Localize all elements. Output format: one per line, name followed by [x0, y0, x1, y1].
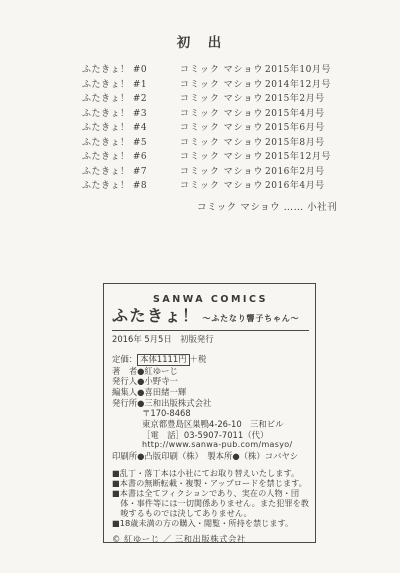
work-title: ふたきょ！ #1 [82, 78, 180, 93]
magazine-name: コミック マショウ [180, 136, 265, 151]
address-block: 〒170-8468 東京都豊島区巣鴨4-26-10 三和ビル ［電 話］03-5… [112, 408, 309, 451]
magazine-name: コミック マショウ [180, 150, 265, 165]
price-tax-suffix: ＋税 [190, 354, 207, 364]
website-url-line: http://www.sanwa-pub.com/masyo/ [142, 440, 309, 451]
magazine-name: コミック マショウ [180, 92, 265, 107]
publication-row: ふたきょ！ #4 コミック マショウ 2015年6月号 [82, 121, 331, 136]
issue-date: 2016年4月号 [265, 179, 325, 194]
first-publication-list: ふたきょ！ #0 コミック マショウ 2015年10月号 ふたきょ！ #1 コミ… [82, 63, 331, 194]
work-title: ふたきょ！ #4 [82, 121, 180, 136]
book-title-line: ふたきょ！～ふたなり響子ちゃん～ [112, 307, 309, 328]
credits-block: 著 者●紅ゆーじ 発行人●小野寺一 編集人●喜田緒一輝 発行所●三和出版株式会社 [112, 366, 309, 409]
book-title: ふたきょ！ [112, 306, 200, 325]
issue-date: 2015年6月号 [265, 121, 325, 136]
work-title: ふたきょ！ #5 [82, 136, 180, 151]
publication-row: ふたきょ！ #3 コミック マショウ 2015年4月号 [82, 107, 331, 122]
magazine-name: コミック マショウ [180, 107, 265, 122]
author-credit-line: 著 者●紅ゆーじ [112, 366, 309, 377]
issue-date: 2015年4月号 [265, 107, 325, 122]
printer-binder-line: 印刷所●凸版印刷（株） 製本所●（株）コバヤシ [112, 451, 309, 462]
issue-date: 2015年10月号 [265, 63, 331, 78]
magazine-name: コミック マショウ [180, 179, 265, 194]
magazine-name: コミック マショウ [180, 165, 265, 180]
issue-date: 2015年8月号 [265, 136, 325, 151]
price-label: 定価： [112, 354, 137, 364]
notice-line: ■乱丁・落丁本は小社にてお取り替えいたします。 [112, 468, 309, 478]
notice-line: ■本書の無断転載・複製・アップロードを禁じます。 [112, 478, 309, 488]
title-divider [112, 330, 309, 331]
issue-date: 2015年2月号 [265, 92, 325, 107]
work-title: ふたきょ！ #7 [82, 165, 180, 180]
first-publication-heading: 初 出 [0, 31, 400, 51]
publication-row: ふたきょ！ #6 コミック マショウ 2015年12月号 [82, 150, 331, 165]
magazine-name: コミック マショウ [180, 78, 265, 93]
publication-row: ふたきょ！ #8 コミック マショウ 2016年4月号 [82, 179, 331, 194]
publication-row: ふたきょ！ #1 コミック マショウ 2014年12月号 [82, 78, 331, 93]
phone-line: ［電 話］03-5907-7011（代） [142, 430, 309, 441]
work-title: ふたきょ！ #0 [82, 63, 180, 78]
magazine-name: コミック マショウ [180, 63, 265, 78]
publication-row: ふたきょ！ #0 コミック マショウ 2015年10月号 [82, 63, 331, 78]
notice-line: ■本書は全てフィクションであり、実在の人物・団体・事件等には一切関係ありません。… [112, 488, 309, 518]
work-title: ふたきょ！ #2 [82, 92, 180, 107]
publication-row: ふたきょ！ #7 コミック マショウ 2016年2月号 [82, 165, 331, 180]
price-value: 本体1111円 [137, 354, 189, 366]
issue-date: 2015年12月号 [265, 150, 331, 165]
publisher-credit-line: 発行人●小野寺一 [112, 376, 309, 387]
publication-row: ふたきょ！ #2 コミック マショウ 2015年2月号 [82, 92, 331, 107]
price-line: 定価：本体1111円＋税 [112, 354, 309, 366]
publisher-note: コミック マショウ …… 小社刊 [197, 199, 337, 213]
book-colophon-page: 初 出 ふたきょ！ #0 コミック マショウ 2015年10月号 ふたきょ！ #… [0, 0, 400, 573]
magazine-name: コミック マショウ [180, 121, 265, 136]
imprint-credit-line: 発行所●三和出版株式会社 [112, 398, 309, 409]
issue-date: 2016年2月号 [265, 165, 325, 180]
notice-line: ■18歳未満の方の購入・閲覧・所持を禁じます。 [112, 518, 309, 528]
editor-credit-line: 編集人●喜田緒一輝 [112, 387, 309, 398]
address-line: 東京都豊島区巣鴨4-26-10 三和ビル [142, 419, 309, 430]
work-title: ふたきょ！ #8 [82, 179, 180, 194]
notices-block: ■乱丁・落丁本は小社にてお取り替えいたします。 ■本書の無断転載・複製・アップロ… [112, 468, 309, 528]
work-title: ふたきょ！ #3 [82, 107, 180, 122]
publication-row: ふたきょ！ #5 コミック マショウ 2015年8月号 [82, 136, 331, 151]
postal-code-line: 〒170-8468 [142, 408, 309, 419]
work-title: ふたきょ！ #6 [82, 150, 180, 165]
issue-date: 2014年12月号 [265, 78, 331, 93]
edition-line: 2016年 5月5日 初版発行 [112, 334, 309, 345]
imprint-label: SANWA COMICS [112, 294, 309, 305]
book-subtitle: ～ふたなり響子ちゃん～ [203, 314, 300, 323]
copyright-line: © 紅ゆーじ ／ 三和出版株式会社 [112, 534, 309, 544]
colophon-box: SANWA COMICS ふたきょ！～ふたなり響子ちゃん～ 2016年 5月5日… [103, 283, 316, 543]
